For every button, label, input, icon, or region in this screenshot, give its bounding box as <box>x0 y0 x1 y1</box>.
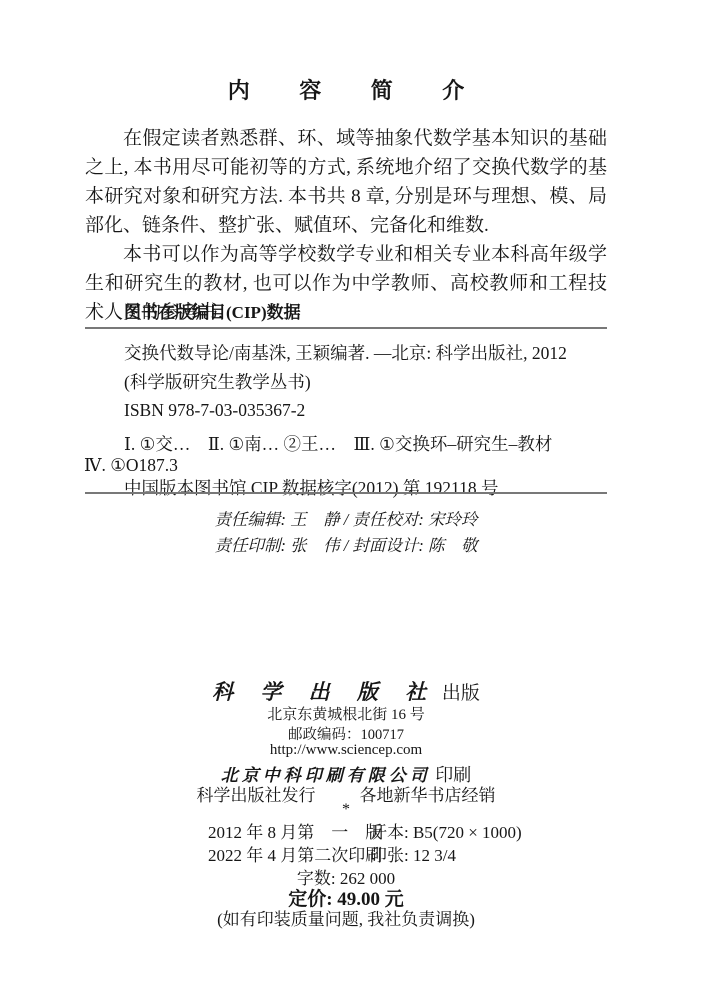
publisher-line: 科 学 出 版 社 出版 <box>85 676 607 703</box>
distribution-line: 科学出版社发行各地新华书店经销 <box>85 781 607 801</box>
cip-heading: 图书在版编目(CIP)数据 <box>124 298 301 323</box>
credits-line-printer: 责任印制: 张 伟 / 封面设计: 陈 敬 <box>85 533 607 559</box>
sheet-count: 印张: 12 3/4 <box>370 841 456 866</box>
responsibility-credits: 责任编辑: 王 静 / 责任校对: 宋玲玲 责任印制: 张 伟 / 封面设计: … <box>85 507 607 559</box>
cip-series-line: (科学版研究生教学丛书) <box>124 369 311 394</box>
cip-bottom-rule <box>85 492 607 494</box>
distribution-bookstore: 各地新华书店经销 <box>360 786 496 805</box>
edition-date-2: 2022 年 4 月第二次印刷 <box>208 841 382 866</box>
intro-section: 在假定读者熟悉群、环、域等抽象代数学基本知识的基础之上, 本书用尽可能初等的方式… <box>85 124 607 327</box>
cip-top-rule <box>85 327 607 329</box>
edition-row-1: 2012 年 8 月第 一 版 开本: B5(720 × 1000) <box>85 818 607 841</box>
cip-class-line-2: Ⅳ. ①O187.3 <box>84 455 178 476</box>
publisher-brand: 科 学 出 版 社 <box>212 680 437 704</box>
cip-isbn-line: ISBN 978-7-03-035367-2 <box>124 400 305 421</box>
edition-row-2: 2022 年 4 月第二次印刷 印张: 12 3/4 <box>85 841 607 864</box>
word-count: 字数: 262 000 <box>85 864 607 884</box>
divider-star: * <box>85 801 607 818</box>
imprint-block: 科 学 出 版 社 出版 北京东黄城根北街 16 号 邮政编码：100717 h… <box>85 676 607 927</box>
publisher-website: http://www.sciencep.com <box>85 742 607 761</box>
cip-class-line-1: Ⅰ. ①交… Ⅱ. ①南… ②王… Ⅲ. ①交换环–研究生–教材 <box>124 431 552 456</box>
page-title: 内 容 简 介 <box>85 74 607 105</box>
format-spec: 开本: B5(720 × 1000) <box>370 818 522 843</box>
edition-date-1: 2012 年 8 月第 一 版 <box>208 818 382 843</box>
cip-title-line: 交换代数导论/南基洙, 王颖编著. —北京: 科学出版社, 2012 <box>124 340 567 365</box>
printer-line: 北京中科印刷有限公司 印刷 <box>85 761 607 781</box>
publisher-postcode: 邮政编码：100717 <box>85 723 607 742</box>
book-copyright-page: 内 容 简 介 在假定读者熟悉群、环、域等抽象代数学基本知识的基础之上, 本书用… <box>0 0 720 1000</box>
credits-line-editor: 责任编辑: 王 静 / 责任校对: 宋玲玲 <box>85 507 607 533</box>
publisher-suffix: 出版 <box>437 683 480 704</box>
quality-note: (如有印装质量问题, 我社负责调换) <box>85 905 607 927</box>
cip-record-line: 中国版本图书馆 CIP 数据核字(2012) 第 192118 号 <box>124 475 498 500</box>
price-line: 定价: 49.00 元 <box>85 884 607 905</box>
intro-paragraph-1: 在假定读者熟悉群、环、域等抽象代数学基本知识的基础之上, 本书用尽可能初等的方式… <box>85 124 607 240</box>
distribution-publisher: 科学出版社发行 <box>197 786 316 805</box>
publisher-address: 北京东黄城根北街 16 号 <box>85 703 607 723</box>
